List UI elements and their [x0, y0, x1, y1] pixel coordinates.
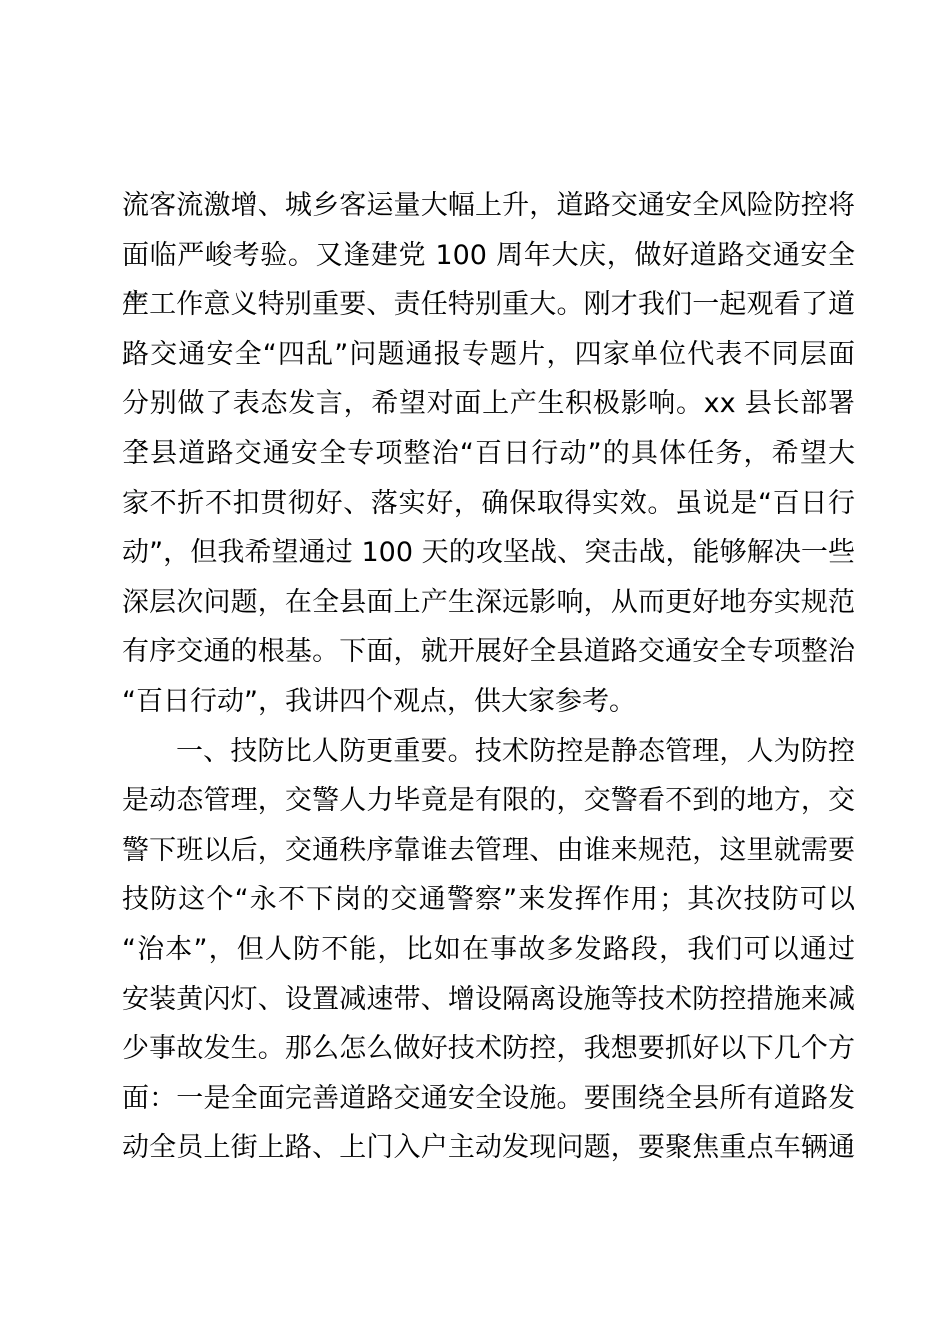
text-line-3: 产工作意义特别重要、责任特别重大。刚才我们一起观看了道 [122, 280, 855, 330]
text-line-11: “百日行动”，我讲四个观点，供大家参考。 [122, 677, 855, 727]
text-line-16: “治本”，但人防不能，比如在事故多发路段，我们可以通过 [122, 925, 855, 975]
text-line-7: 家不折不扣贯彻好、落实好，确保取得实效。虽说是“百日行 [122, 479, 855, 529]
text-line-4: 路交通安全“四乱”问题通报专题片，四家单位代表不同层面 [122, 330, 855, 380]
text-line-15: 技防这个“永不下岗的交通警察”来发挥作用；其次技防可以 [122, 875, 855, 925]
text-line-10: 有序交通的根基。下面，就开展好全县道路交通安全专项整治 [122, 627, 855, 677]
text-line-13: 是动态管理，交警人力毕竟是有限的，交警看不到的地方，交 [122, 776, 855, 826]
text-line-9: 深层次问题，在全县面上产生深远影响，从而更好地夯实规范 [122, 578, 855, 628]
text-line-12-section-heading: 一、技防比人防更重要。技术防控是静态管理，人为防控 [122, 727, 855, 777]
text-line-19: 面：一是全面完善道路交通安全设施。要围绕全县所有道路发 [122, 1074, 855, 1124]
text-line-8: 动”，但我希望通过 100 天的攻坚战、突击战，能够解决一些 [122, 528, 855, 578]
text-line-18: 少事故发生。那么怎么做好技术防控，我想要抓好以下几个方 [122, 1024, 855, 1074]
text-line-20: 动全员上街上路、上门入户主动发现问题，要聚焦重点车辆通 [122, 1123, 855, 1173]
text-line-17: 安装黄闪灯、设置减速带、增设隔离设施等技术防控措施来减 [122, 975, 855, 1025]
text-line-6: 全县道路交通安全专项整治“百日行动”的具体任务，希望大 [122, 429, 855, 479]
document-text-block: 流客流激增、城乡客运量大幅上升，道路交通安全风险防控将 面临严峻考验。又逢建党 … [122, 181, 855, 1173]
document-page: 流客流激增、城乡客运量大幅上升，道路交通安全风险防控将 面临严峻考验。又逢建党 … [0, 0, 950, 1344]
text-line-2: 面临严峻考验。又逢建党 100 周年大庆，做好道路交通安全生 [122, 231, 855, 281]
text-line-14: 警下班以后，交通秩序靠谁去管理、由谁来规范，这里就需要 [122, 826, 855, 876]
text-line-1: 流客流激增、城乡客运量大幅上升，道路交通安全风险防控将 [122, 181, 855, 231]
text-line-5: 分别做了表态发言，希望对面上产生积极影响。xx 县长部署了 [122, 379, 855, 429]
